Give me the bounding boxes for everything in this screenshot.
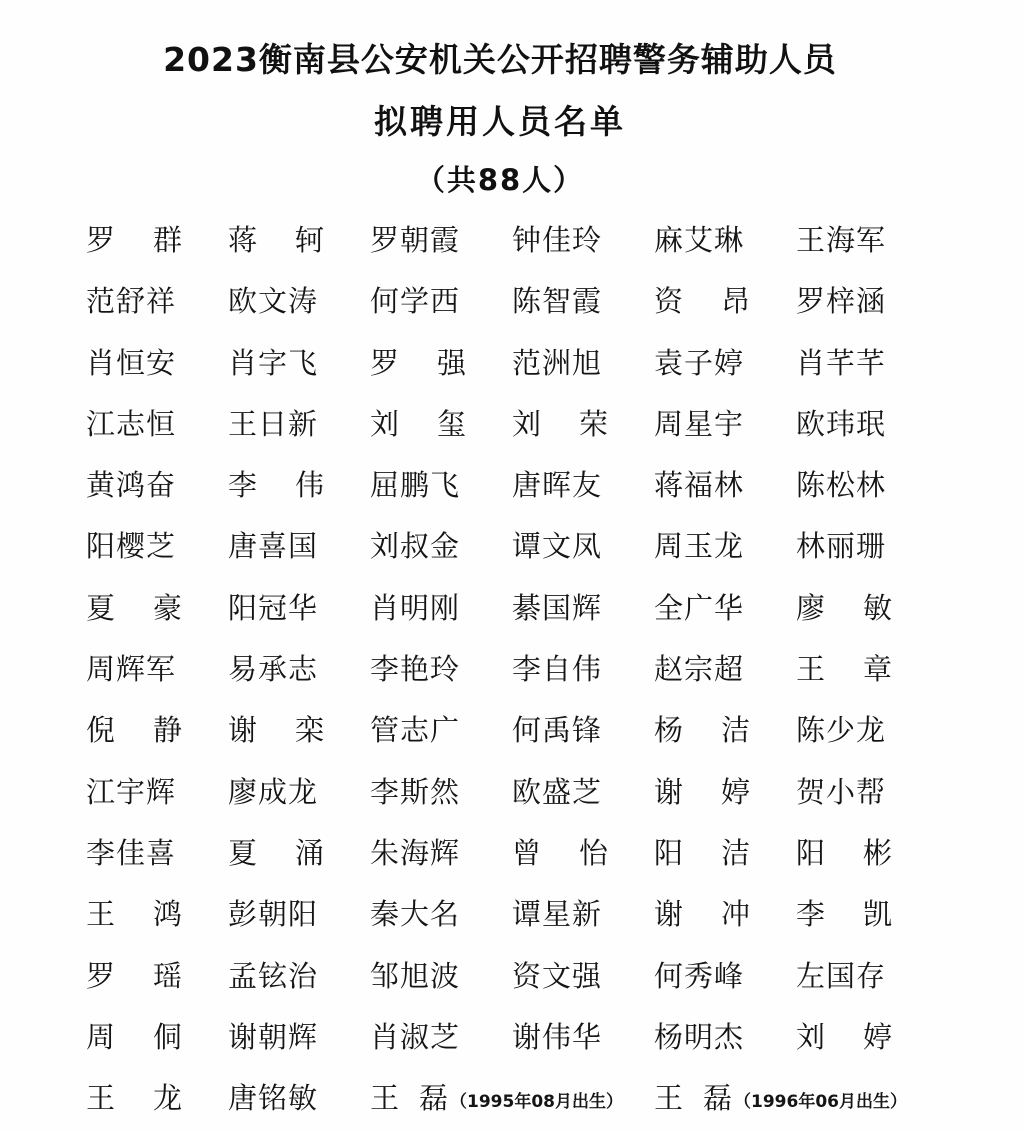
- person-name: 罗朝霞: [370, 215, 470, 265]
- person-name: 范舒祥: [86, 276, 186, 326]
- person-name: 罗强: [370, 338, 466, 388]
- person-name: 肖淑芝: [370, 1012, 470, 1062]
- person-name: 江宇辉: [86, 767, 186, 817]
- name-row: 周辉军易承志李艳玲李自伟赵宗超王章: [86, 644, 966, 705]
- person-name: 邹旭波: [370, 951, 470, 1001]
- person-name: 肖明刚: [370, 583, 470, 633]
- name-list: 罗群蒋轲罗朝霞钟佳玲麻艾琳王海军范舒祥欧文涛何学西陈智霞资昂罗梓涵肖恒安肖字飞罗…: [86, 215, 966, 1131]
- person-name: 王磊: [370, 1073, 448, 1123]
- person-name: 贺小帮: [796, 767, 896, 817]
- person-name: 夏涌: [228, 828, 324, 878]
- person-name: 资文强: [512, 951, 612, 1001]
- person-name: 孟铉治: [228, 951, 328, 1001]
- person-name: 屈鹏飞: [370, 460, 470, 510]
- person-name: 江志恒: [86, 399, 186, 449]
- person-name: 谢朝辉: [228, 1012, 328, 1062]
- person-name: 欧盛芝: [512, 767, 612, 817]
- birthdate-note: （1995年08月出生）: [450, 1092, 623, 1112]
- person-name: 资昂: [654, 276, 750, 326]
- name-row: 江志恒王日新刘玺刘荣周星宇欧玮珉: [86, 399, 966, 460]
- person-name: 谢栾: [228, 705, 324, 755]
- person-name: 易承志: [228, 644, 328, 694]
- person-name: 黄鸿奋: [86, 460, 186, 510]
- person-name: 刘婷: [796, 1012, 892, 1062]
- person-name: 王磊: [654, 1073, 732, 1123]
- person-name: 杨洁: [654, 705, 750, 755]
- person-name: 陈少龙: [796, 705, 896, 755]
- person-name: 罗梓涵: [796, 276, 896, 326]
- person-name: 唐铭敏: [228, 1073, 328, 1123]
- person-name: 周玉龙: [654, 521, 754, 571]
- person-name: 罗瑶: [86, 951, 182, 1001]
- person-name: 谭文凤: [512, 521, 612, 571]
- person-name: 阳彬: [796, 828, 892, 878]
- person-name: 倪静: [86, 705, 182, 755]
- person-name: 李凯: [796, 889, 892, 939]
- person-name: 周星宇: [654, 399, 754, 449]
- person-name: 林丽珊: [796, 521, 896, 571]
- name-row: 王鸿彭朝阳秦大名谭星新谢冲李凯: [86, 889, 966, 950]
- person-name: 蒋福林: [654, 460, 754, 510]
- person-name: 刘荣: [512, 399, 608, 449]
- name-row: 周侗谢朝辉肖淑芝谢伟华杨明杰刘婷: [86, 1012, 966, 1073]
- person-name: 谭星新: [512, 889, 612, 939]
- person-name: 秦大名: [370, 889, 470, 939]
- person-name: 王章: [796, 644, 892, 694]
- name-row: 江宇辉廖成龙李斯然欧盛芝谢婷贺小帮: [86, 767, 966, 828]
- person-name: 刘玺: [370, 399, 466, 449]
- person-name: 王日新: [228, 399, 328, 449]
- person-name: 唐喜国: [228, 521, 328, 571]
- person-name: 阳冠华: [228, 583, 328, 633]
- person-name: 谢冲: [654, 889, 750, 939]
- person-name: 曾怡: [512, 828, 608, 878]
- person-name-with-birthdate: 王磊（1995年08月出生）: [370, 1073, 650, 1123]
- name-row: 阳樱芝唐喜国刘叔金谭文凤周玉龙林丽珊: [86, 521, 966, 582]
- birthdate-note: （1996年06月出生）: [734, 1092, 907, 1112]
- person-name: 肖芊芊: [796, 338, 896, 388]
- name-row: 倪静谢栾管志广何禹锋杨洁陈少龙: [86, 705, 966, 766]
- person-name-with-birthdate: 王磊（1996年06月出生）: [654, 1073, 954, 1123]
- person-name: 陈松林: [796, 460, 896, 510]
- person-name: 阳樱芝: [86, 521, 186, 571]
- person-name: 全广华: [654, 583, 754, 633]
- person-name: 李自伟: [512, 644, 612, 694]
- name-row: 肖恒安肖字飞罗强范洲旭袁子婷肖芊芊: [86, 338, 966, 399]
- name-row: 夏豪阳冠华肖明刚綦国辉全广华廖敏: [86, 583, 966, 644]
- document-subtitle: 拟聘用人员名单: [0, 96, 1000, 143]
- person-name: 谢伟华: [512, 1012, 612, 1062]
- person-name: 王海军: [796, 215, 896, 265]
- person-name: 赵宗超: [654, 644, 754, 694]
- person-name: 阳洁: [654, 828, 750, 878]
- person-name: 李伟: [228, 460, 324, 510]
- person-name: 杨明杰: [654, 1012, 754, 1062]
- name-row: 罗群蒋轲罗朝霞钟佳玲麻艾琳王海军: [86, 215, 966, 276]
- person-name: 麻艾琳: [654, 215, 754, 265]
- document-title: 2023衡南县公安机关公开招聘警务辅助人员: [0, 34, 1000, 81]
- name-row: 李佳喜夏涌朱海辉曾怡阳洁阳彬: [86, 828, 966, 889]
- name-row: 黄鸿奋李伟屈鹏飞唐晖友蒋福林陈松林: [86, 460, 966, 521]
- person-name: 廖敏: [796, 583, 892, 633]
- person-name: 夏豪: [86, 583, 182, 633]
- person-name: 陈智霞: [512, 276, 612, 326]
- person-name: 肖恒安: [86, 338, 186, 388]
- person-name: 范洲旭: [512, 338, 612, 388]
- person-name: 王鸿: [86, 889, 182, 939]
- person-name: 罗群: [86, 215, 182, 265]
- person-name: 刘叔金: [370, 521, 470, 571]
- person-name: 周侗: [86, 1012, 182, 1062]
- person-name: 何秀峰: [654, 951, 754, 1001]
- person-name: 管志广: [370, 705, 470, 755]
- person-name: 蒋轲: [228, 215, 324, 265]
- person-name: 袁子婷: [654, 338, 754, 388]
- person-name: 左国存: [796, 951, 896, 1001]
- person-name: 彭朝阳: [228, 889, 328, 939]
- person-name: 何禹锋: [512, 705, 612, 755]
- person-name: 綦国辉: [512, 583, 612, 633]
- name-row: 范舒祥欧文涛何学西陈智霞资昂罗梓涵: [86, 276, 966, 337]
- person-name: 李佳喜: [86, 828, 186, 878]
- total-count: （共88人）: [0, 158, 1000, 199]
- person-name: 李斯然: [370, 767, 470, 817]
- person-name: 钟佳玲: [512, 215, 612, 265]
- person-name: 李艳玲: [370, 644, 470, 694]
- person-name: 王龙: [86, 1073, 182, 1123]
- person-name: 何学西: [370, 276, 470, 326]
- person-name: 欧文涛: [228, 276, 328, 326]
- person-name: 欧玮珉: [796, 399, 896, 449]
- person-name: 廖成龙: [228, 767, 328, 817]
- person-name: 谢婷: [654, 767, 750, 817]
- person-name: 朱海辉: [370, 828, 470, 878]
- name-row: 罗瑶孟铉治邹旭波资文强何秀峰左国存: [86, 951, 966, 1012]
- person-name: 唐晖友: [512, 460, 612, 510]
- document-page: 2023衡南县公安机关公开招聘警务辅助人员 拟聘用人员名单 （共88人） 罗群蒋…: [0, 0, 1024, 1131]
- name-row: 王龙唐铭敏王磊（1995年08月出生）王磊（1996年06月出生）: [86, 1073, 966, 1131]
- person-name: 周辉军: [86, 644, 186, 694]
- person-name: 肖字飞: [228, 338, 328, 388]
